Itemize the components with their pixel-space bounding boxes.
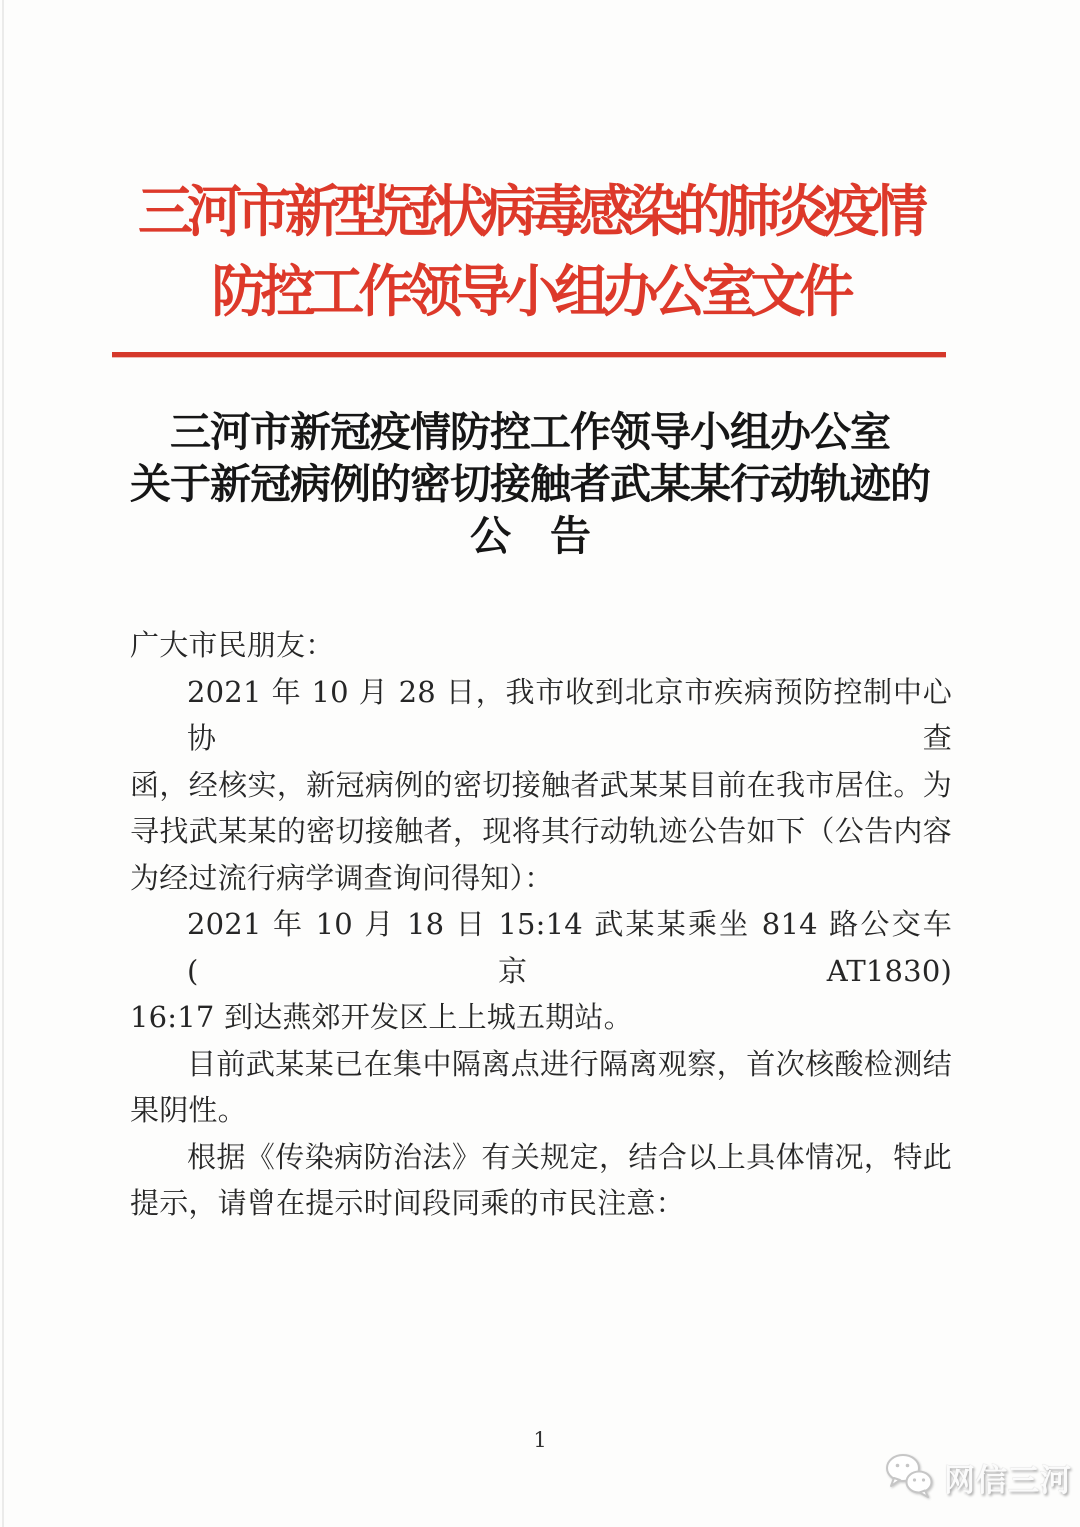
body-line: 16:17 到达燕郊开发区上上城五期站。 — [130, 994, 952, 1041]
letterhead-line-2: 防控工作领导小组办公室文件 — [120, 252, 939, 332]
document-page: 三河市新型冠状病毒感染的肺炎疫情 防控工作领导小组办公室文件 三河市新冠疫情防控… — [0, 0, 1080, 1527]
body-line: 目前武某某已在集中隔离点进行隔离观察，首次核酸检测结 — [130, 1041, 952, 1088]
letterhead-line-1: 三河市新型冠状病毒感染的肺炎疫情 — [120, 172, 939, 252]
body-line: 提示，请曾在提示时间段同乘的市民注意： — [130, 1180, 952, 1227]
page-number: 1 — [0, 1428, 1080, 1452]
red-divider-line — [112, 352, 946, 357]
body-text: 广大市民朋友： 2021 年 10 月 28 日，我市收到北京市疾病预防控制中心… — [130, 622, 952, 1227]
scan-edge-artifact — [2, 0, 4, 1527]
body-line: 2021 年 10 月 18 日 15:14 武某某乘坐 814 路公交车(京A… — [130, 901, 952, 994]
body-line: 为经过流行病学调查询问得知）： — [130, 855, 952, 902]
wechat-watermark: 网信三河 — [884, 1452, 1072, 1502]
document-title: 三河市新冠疫情防控工作领导小组办公室 关于新冠病例的密切接触者武某某行动轨迹的 … — [110, 406, 950, 562]
body-line: 2021 年 10 月 28 日，我市收到北京市疾病预防控制中心协查 — [130, 669, 952, 762]
letterhead: 三河市新型冠状病毒感染的肺炎疫情 防控工作领导小组办公室文件 — [112, 172, 948, 332]
watermark-label: 网信三河 — [944, 1455, 1072, 1500]
body-line: 果阴性。 — [130, 1087, 952, 1134]
body-line: 寻找武某某的密切接触者，现将其行动轨迹公告如下（公告内容 — [130, 808, 952, 855]
document-title-line-2: 关于新冠病例的密切接触者武某某行动轨迹的 — [110, 458, 950, 510]
body-salutation: 广大市民朋友： — [130, 622, 952, 669]
document-title-line-1: 三河市新冠疫情防控工作领导小组办公室 — [110, 406, 950, 458]
wechat-icon — [884, 1452, 934, 1502]
document-title-line-3: 公 告 — [110, 510, 950, 562]
body-line: 根据《传染病防治法》有关规定，结合以上具体情况，特此 — [130, 1134, 952, 1181]
body-line: 函，经核实，新冠病例的密切接触者武某某目前在我市居住。为 — [130, 762, 952, 809]
